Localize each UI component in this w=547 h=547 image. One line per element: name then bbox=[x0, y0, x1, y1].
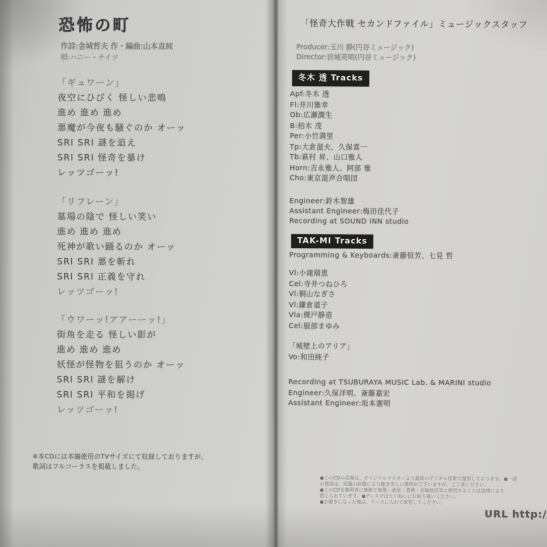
musician-line: Vla:榎戸静造 bbox=[289, 310, 333, 320]
takmi-tracks-header: TAK-MI Tracks bbox=[291, 234, 373, 249]
musician-line: Fl:井川雅幸 bbox=[290, 100, 328, 110]
musician-line: Tb:萩村 昇、山口雅人 bbox=[290, 152, 363, 162]
fuyuki-tracks-header: 冬木 透 Tracks bbox=[292, 70, 369, 86]
musician-line: Per:小竹満里 bbox=[290, 131, 334, 141]
recording-credit: Recording at SOUND INN studio bbox=[289, 217, 408, 226]
aria-vocal-credit: Vo:和田純子 bbox=[288, 352, 329, 362]
fine-print-line: ●お聴きになった後は、ケースに入れて保管してください。 bbox=[320, 499, 446, 506]
musician-line: Cel:寺井つねひろ bbox=[289, 279, 348, 289]
recording-credit: Recording at TSUBURAYA MUSIC Lab. & MARI… bbox=[288, 378, 491, 387]
aria-song-title: 「城壁上のアリア」 bbox=[289, 341, 354, 351]
musician-line: Cel:服部まゆみ bbox=[289, 321, 340, 331]
engineer-credit: Engineer:鈴木智雄 bbox=[289, 196, 354, 206]
musician-line: Vl:鎌倉道子 bbox=[289, 300, 328, 310]
producer-credit: Producer:玉川 静(円谷ミュージック) bbox=[296, 42, 414, 53]
director-credit: Director:岩城英明(円谷ミュージック) bbox=[296, 52, 416, 63]
musician-line: B:柏木 茂 bbox=[290, 121, 322, 131]
engineer-credit: Engineer:久保洋明、斎藤嘉宏 bbox=[288, 388, 390, 399]
assistant-engineer-credit: Assistant Engineer:梅田佳代子 bbox=[289, 206, 399, 217]
staff-page-title: 「怪奇大作戦 セカンドファイル」ミュージックスタッフ bbox=[300, 17, 527, 30]
right-page: 「怪奇大作戦 セカンドファイル」ミュージックスタッフ Producer:玉川 静… bbox=[0, 0, 547, 547]
assistant-engineer-credit: Assistant Engineer:坂本憲明 bbox=[288, 398, 390, 409]
musician-line: Horn:吉永雅人、阿部 雅 bbox=[290, 163, 372, 173]
url-text: URL http:// bbox=[484, 509, 547, 520]
musician-line: Vl:小滝瑞恵 bbox=[289, 268, 328, 278]
musician-line: Ob:広瀬潤生 bbox=[290, 110, 332, 120]
musician-line: Cho:東京混声合唱団 bbox=[290, 173, 358, 183]
booklet-photo: 恐怖の町 作詩:金城哲夫 作・編曲:山本直純 唄:ハニー・ナイツ 「ギュワーン」… bbox=[0, 0, 547, 547]
musician-line: Tp:大倉滋夫、久保喜一 bbox=[290, 142, 368, 152]
musician-line: Apf:冬木 透 bbox=[290, 89, 329, 99]
musician-line: Vl:桐山なぎさ bbox=[289, 289, 336, 299]
programming-credit: Programming & Keyboards:斎藤恒芳、七見 哲 bbox=[289, 250, 453, 261]
